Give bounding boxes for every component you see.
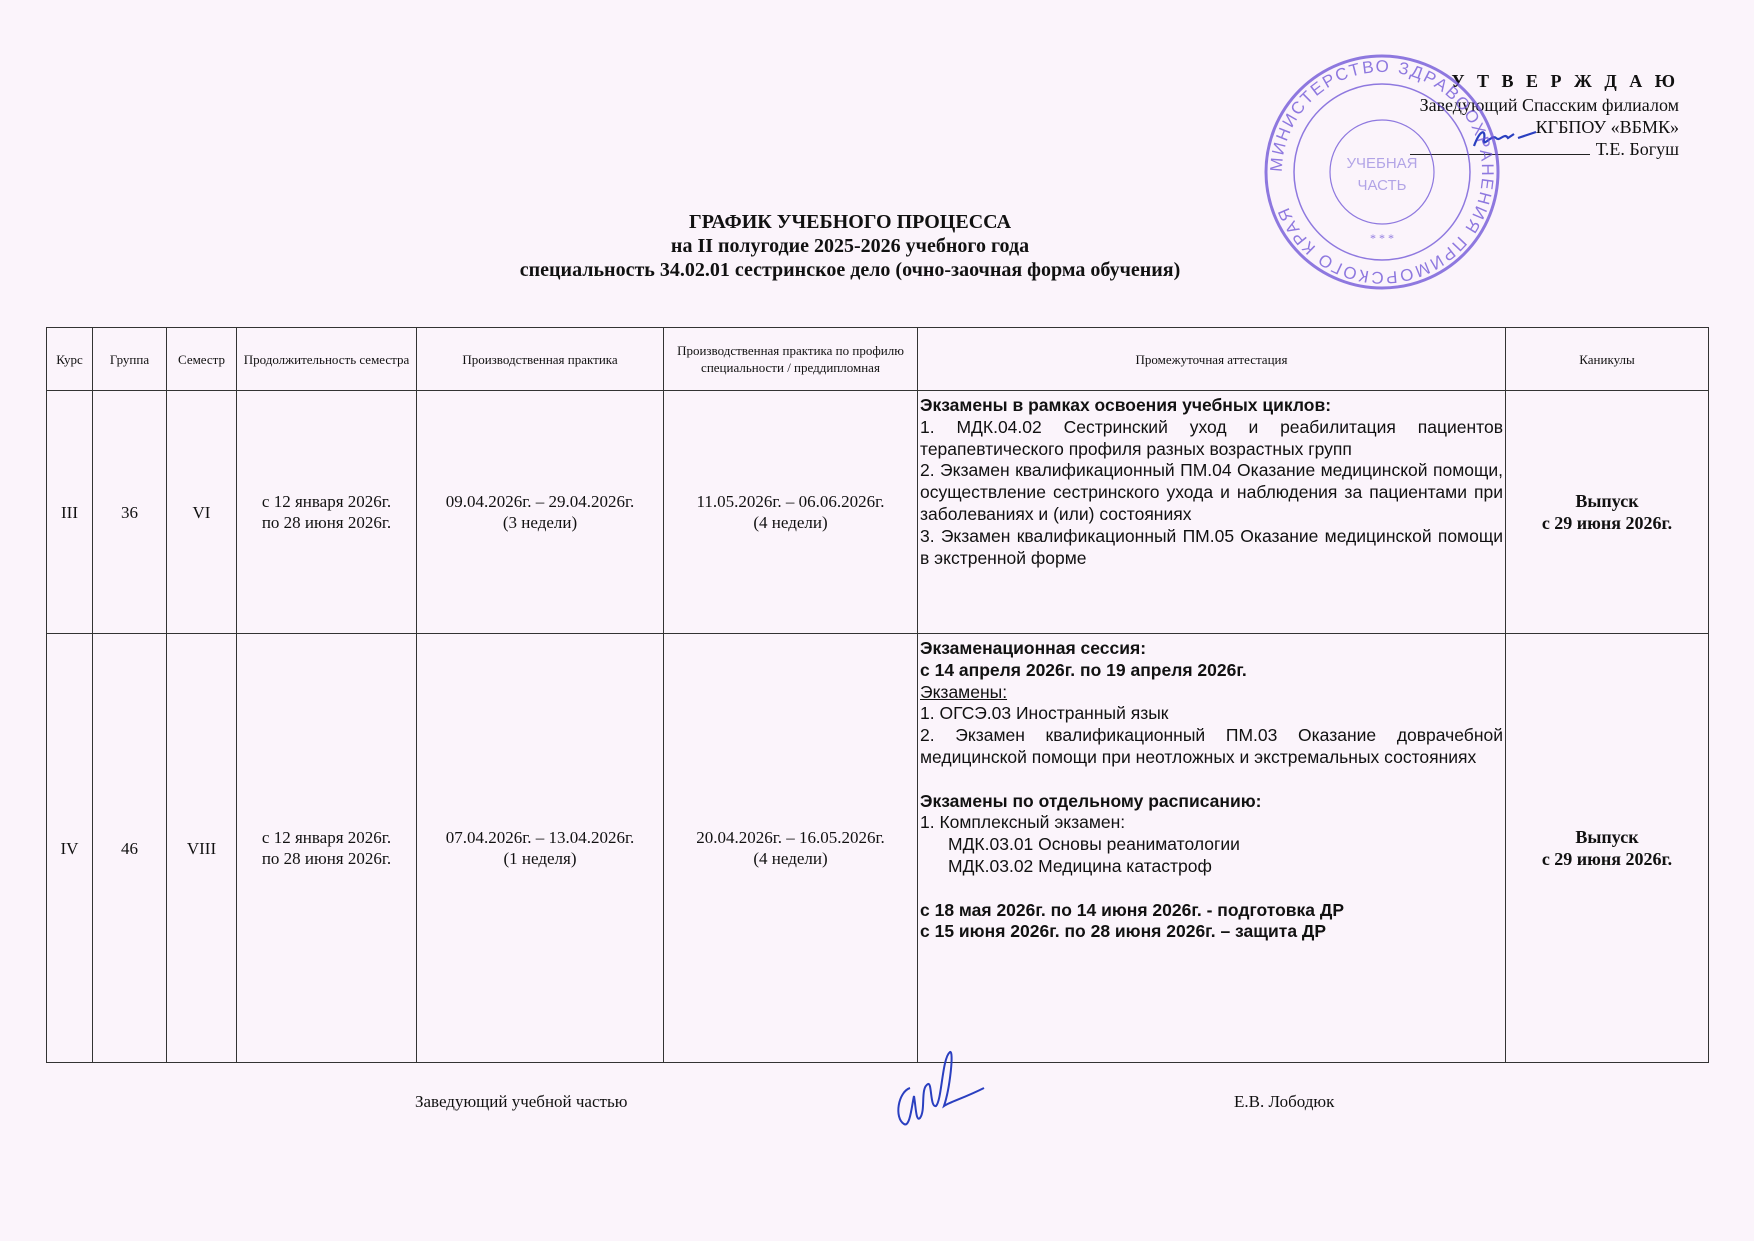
cell-practice: 07.04.2026г. – 13.04.2026г. (1 неделя)	[417, 634, 664, 1063]
title-line-3: специальность 34.02.01 сестринское дело …	[0, 258, 1700, 282]
cell-practice: 09.04.2026г. – 29.04.2026г. (3 недели)	[417, 391, 664, 634]
cell-vacation: Выпуск с 29 июня 2026г.	[1506, 391, 1709, 634]
duration-start: с 12 января 2026г.	[239, 827, 414, 848]
header-vacation: Каникулы	[1506, 328, 1709, 391]
attestation-item: 2. Экзамен квалификационный ПМ.03 Оказан…	[920, 725, 1503, 769]
header-course: Курс	[47, 328, 93, 391]
header-attestation: Промежуточная аттестация	[918, 328, 1506, 391]
cell-course: IV	[47, 634, 93, 1063]
cell-attestation: Экзамены в рамках освоения учебных цикло…	[918, 391, 1506, 634]
duration-end: по 28 июня 2026г.	[239, 512, 414, 533]
attestation-item: 1. МДК.04.02 Сестринский уход и реабилит…	[920, 417, 1503, 461]
cell-semester: VIII	[167, 634, 237, 1063]
cell-duration: с 12 января 2026г. по 28 июня 2026г.	[237, 391, 417, 634]
separate-exams-heading: Экзамены по отдельному расписанию:	[920, 791, 1503, 813]
table-row: IV 46 VIII с 12 января 2026г. по 28 июня…	[47, 634, 1709, 1063]
header-semester: Семестр	[167, 328, 237, 391]
cell-course: III	[47, 391, 93, 634]
profile-practice-weeks: (4 недели)	[666, 512, 915, 533]
table-row: III 36 VI с 12 января 2026г. по 28 июня …	[47, 391, 1709, 634]
attestation-heading: Экзамены в рамках освоения учебных цикло…	[920, 395, 1503, 417]
footer-name: Е.В. Лободюк	[1234, 1092, 1334, 1112]
header-practice: Производственная практика	[417, 328, 664, 391]
practice-dates: 07.04.2026г. – 13.04.2026г.	[419, 827, 661, 848]
title-line-1: ГРАФИК УЧЕБНОГО ПРОЦЕССА	[0, 210, 1700, 234]
complex-exam-subject: МДК.03.01 Основы реаниматологии	[920, 834, 1503, 856]
profile-practice-dates: 20.04.2026г. – 16.05.2026г.	[666, 827, 915, 848]
vacation-date: с 29 июня 2026г.	[1508, 512, 1706, 534]
svg-text:УЧЕБНАЯ: УЧЕБНАЯ	[1346, 155, 1417, 172]
cell-semester: VI	[167, 391, 237, 634]
exams-label: Экзамены:	[920, 682, 1503, 704]
vacation-label: Выпуск	[1508, 826, 1706, 848]
signature-icon	[880, 1048, 1000, 1138]
cell-group: 46	[93, 634, 167, 1063]
title-line-2: на II полугодие 2025-2026 учебного года	[0, 234, 1700, 258]
spacer	[920, 769, 1503, 791]
header-profile-practice: Производственная практика по профилю спе…	[664, 328, 918, 391]
header-duration: Продолжительность семестра	[237, 328, 417, 391]
attestation-item: 1. ОГСЭ.03 Иностранный язык	[920, 703, 1503, 725]
cell-attestation: Экзаменационная сессия: с 14 апреля 2026…	[918, 634, 1506, 1063]
session-dates: с 14 апреля 2026г. по 19 апреля 2026г.	[920, 660, 1503, 682]
complex-exam: 1. Комплексный экзамен:	[920, 812, 1503, 834]
cell-group: 36	[93, 391, 167, 634]
cell-vacation: Выпуск с 29 июня 2026г.	[1506, 634, 1709, 1063]
thesis-defense: с 15 июня 2026г. по 28 июня 2026г. – защ…	[920, 921, 1503, 943]
session-heading: Экзаменационная сессия:	[920, 638, 1503, 660]
duration-start: с 12 января 2026г.	[239, 491, 414, 512]
thesis-preparation: с 18 мая 2026г. по 14 июня 2026г. - подг…	[920, 900, 1503, 922]
header-group: Группа	[93, 328, 167, 391]
approval-name: Т.Е. Богуш	[1596, 139, 1679, 159]
duration-end: по 28 июня 2026г.	[239, 848, 414, 869]
profile-practice-weeks: (4 недели)	[666, 848, 915, 869]
practice-weeks: (3 недели)	[419, 512, 661, 533]
cell-profile-practice: 11.05.2026г. – 06.06.2026г. (4 недели)	[664, 391, 918, 634]
schedule-table: Курс Группа Семестр Продолжительность се…	[46, 327, 1709, 1063]
svg-text:ЧАСТЬ: ЧАСТЬ	[1357, 177, 1406, 194]
complex-exam-subject: МДК.03.02 Медицина катастроф	[920, 856, 1503, 878]
spacer	[920, 878, 1503, 900]
practice-dates: 09.04.2026г. – 29.04.2026г.	[419, 491, 661, 512]
cell-duration: с 12 января 2026г. по 28 июня 2026г.	[237, 634, 417, 1063]
attestation-item: 3. Экзамен квалификационный ПМ.05 Оказан…	[920, 526, 1503, 570]
document-title: ГРАФИК УЧЕБНОГО ПРОЦЕССА на II полугодие…	[0, 210, 1700, 282]
profile-practice-dates: 11.05.2026г. – 06.06.2026г.	[666, 491, 915, 512]
cell-profile-practice: 20.04.2026г. – 16.05.2026г. (4 недели)	[664, 634, 918, 1063]
footer-position: Заведующий учебной частью	[415, 1092, 627, 1112]
table-header-row: Курс Группа Семестр Продолжительность се…	[47, 328, 1709, 391]
vacation-label: Выпуск	[1508, 490, 1706, 512]
practice-weeks: (1 неделя)	[419, 848, 661, 869]
attestation-item: 2. Экзамен квалификационный ПМ.04 Оказан…	[920, 460, 1503, 525]
vacation-date: с 29 июня 2026г.	[1508, 848, 1706, 870]
